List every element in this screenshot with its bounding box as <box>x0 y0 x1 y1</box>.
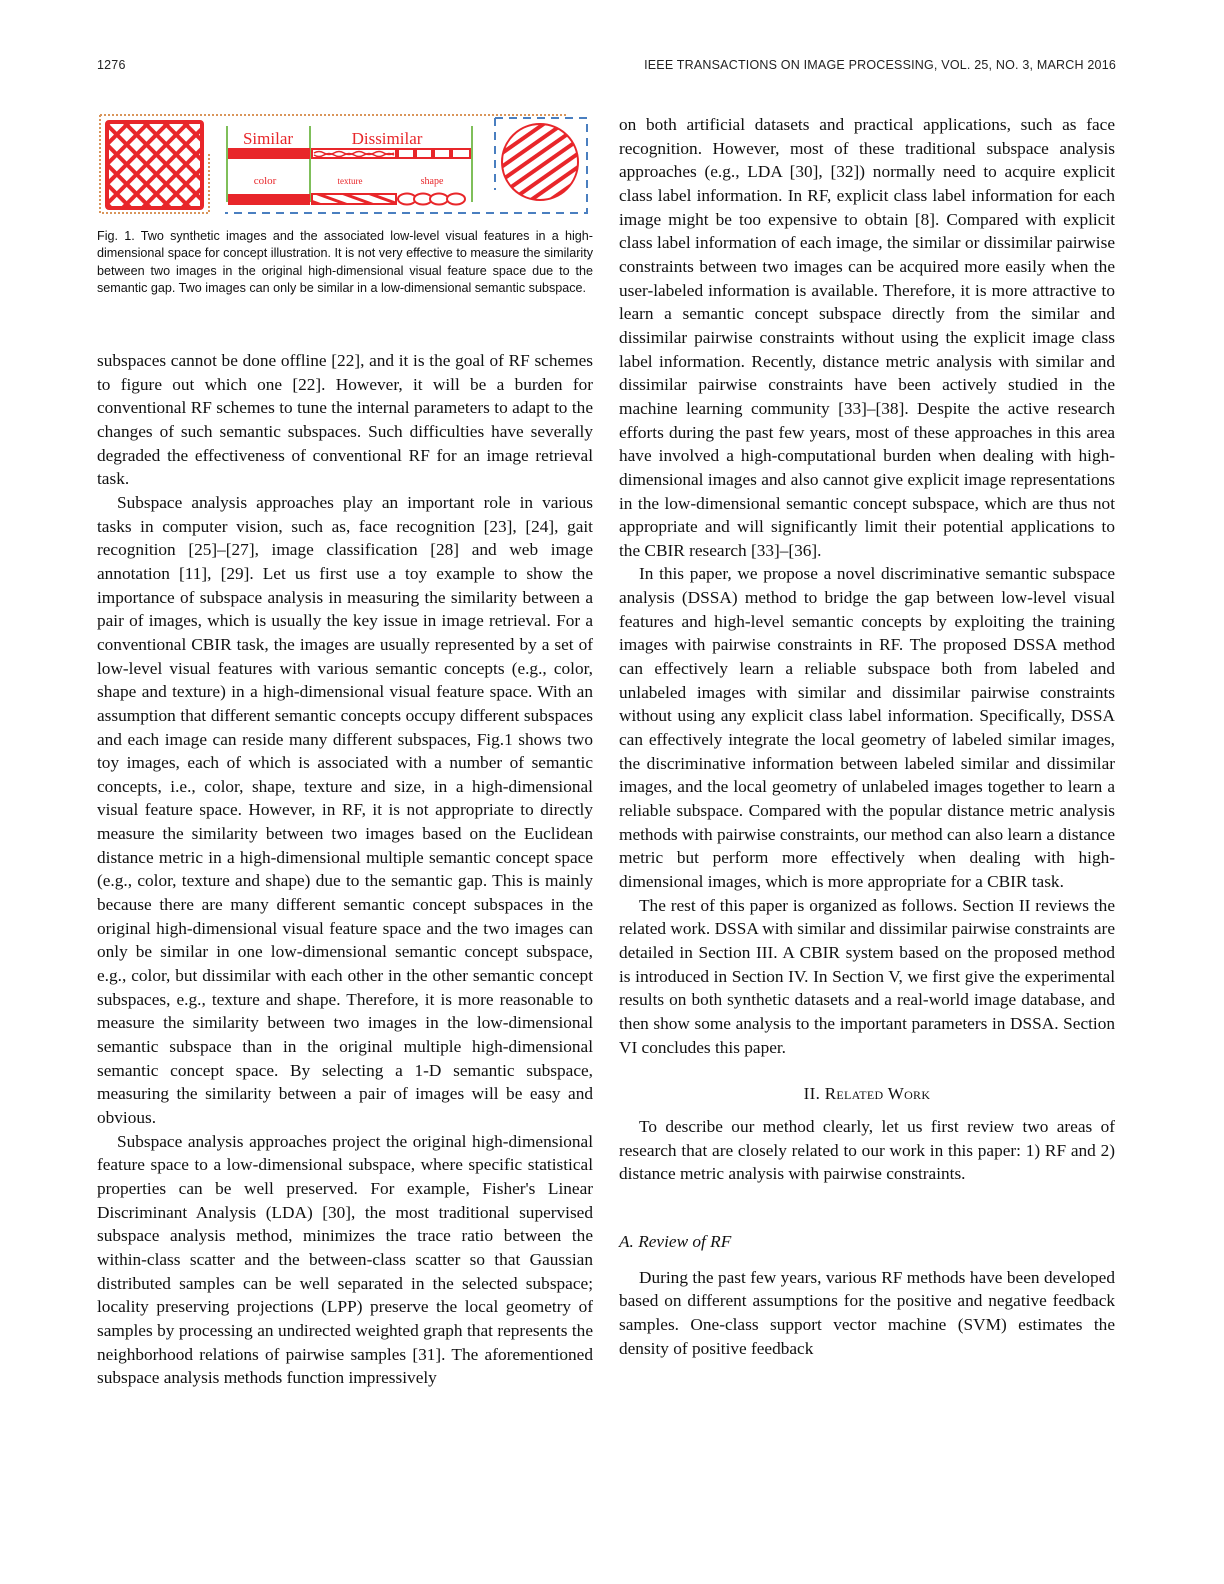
paragraph: subspaces cannot be done offline [22], a… <box>97 349 593 491</box>
paragraph: In this paper, we propose a novel discri… <box>619 562 1115 893</box>
figure-caption: Fig. 1. Two synthetic images and the ass… <box>97 228 593 298</box>
figure-1: Similar Dissimilar color texture shape <box>97 112 593 220</box>
color-label: color <box>254 175 277 187</box>
paragraph: on both artificial datasets and practica… <box>619 113 1115 562</box>
right-column: on both artificial datasets and practica… <box>619 113 1115 1360</box>
figure-illustration: Similar Dissimilar color texture shape <box>97 112 593 220</box>
crosshatch-square-image <box>107 122 202 208</box>
section-title: Related Work <box>825 1084 931 1103</box>
page-number: 1276 <box>97 58 126 72</box>
journal-title: IEEE TRANSACTIONS ON IMAGE PROCESSING, V… <box>644 58 1116 72</box>
paragraph: The rest of this paper is organized as f… <box>619 894 1115 1060</box>
section-heading: II. Related Work <box>619 1082 1115 1106</box>
paragraph: During the past few years, various RF me… <box>619 1266 1115 1361</box>
texture-label: texture <box>338 176 363 186</box>
page-header: 1276 IEEE TRANSACTIONS ON IMAGE PROCESSI… <box>97 58 1116 78</box>
section-number: II. <box>804 1084 820 1103</box>
striped-circle-image <box>502 124 578 200</box>
paragraph: Subspace analysis approaches project the… <box>97 1130 593 1390</box>
subsection-heading: A. Review of RF <box>619 1230 1115 1254</box>
paragraph: Subspace analysis approaches play an imp… <box>97 491 593 1130</box>
paragraph: To describe our method clearly, let us f… <box>619 1115 1115 1186</box>
left-column: subspaces cannot be done offline [22], a… <box>97 349 593 1390</box>
similar-label: Similar <box>243 129 293 148</box>
shape-label: shape <box>421 176 444 187</box>
dissimilar-label: Dissimilar <box>352 129 423 148</box>
